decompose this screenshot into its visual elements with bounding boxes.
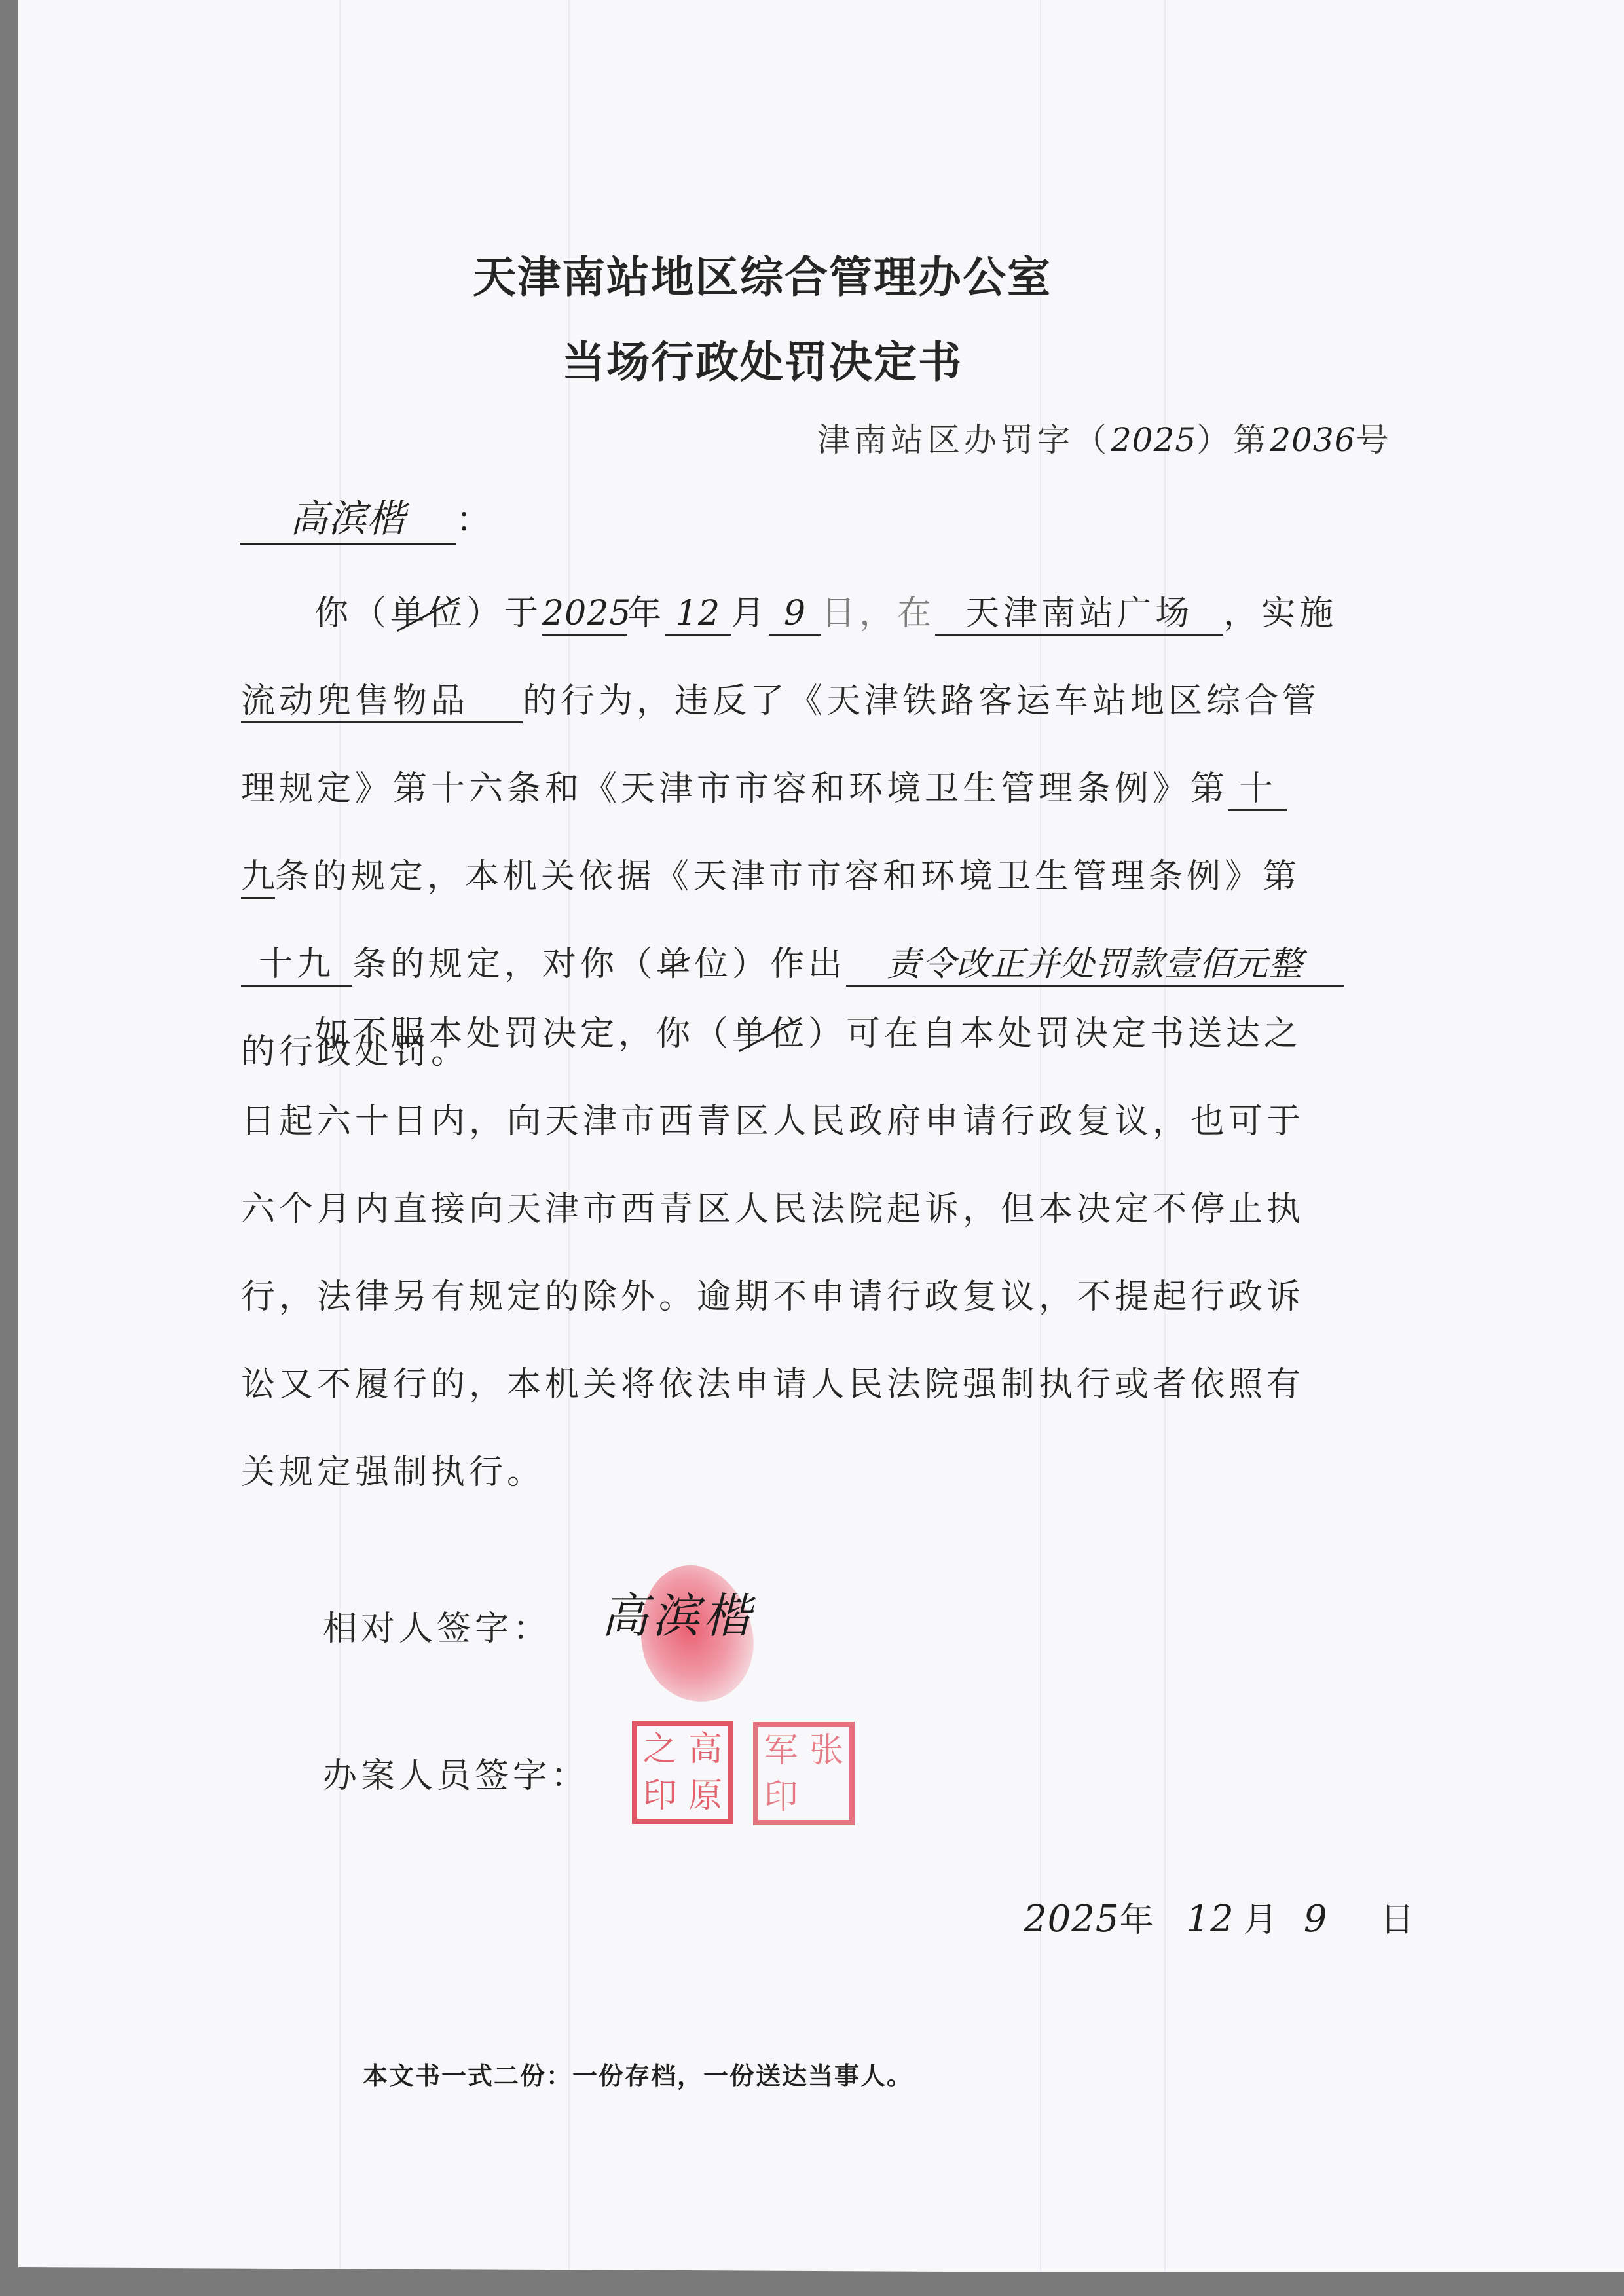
- year-label: 年: [627, 594, 665, 633]
- seal-char: 之: [637, 1732, 683, 1766]
- issue-day: 9: [1304, 1898, 1328, 1941]
- article-number-part1: 十: [1228, 769, 1287, 811]
- paragraph2-line4: 行，法律另有规定的除外。逾期不申请行政复议，不提起行政诉: [241, 1253, 1459, 1341]
- unit-struck: 单位: [732, 990, 808, 1078]
- doc-number: 津南站区办罚字（2025）第2036号: [817, 414, 1393, 461]
- text-regulation-2: 理规定》第十六条和《天津市市容和环境卫生管理条例》第: [241, 769, 1228, 809]
- issue-year-label: 年: [1120, 1901, 1154, 1940]
- doc-title: 当场行政处罚决定书: [0, 327, 1565, 390]
- appeal-text-a: 如不服本处罚决定，你（: [314, 1014, 732, 1053]
- issue-year: 2025: [1024, 1898, 1120, 1941]
- issue-date: 2025年12月9日: [1024, 1892, 1414, 1941]
- text-against-you: 条的规定，对你（: [352, 945, 656, 984]
- unit-rest: 位: [694, 945, 732, 984]
- party-signature: 高滨楷: [601, 1578, 754, 1646]
- text-make: ）作出: [732, 945, 846, 984]
- paragraph2-line6: 关规定强制执行。: [241, 1429, 1459, 1516]
- seal-char: 军: [758, 1734, 804, 1768]
- officer-seal-1: 之 高 印 原: [632, 1721, 733, 1824]
- violation-month: 12: [665, 593, 731, 636]
- issue-month: 12: [1187, 1898, 1234, 1941]
- paragraph1-line1: 你（单位）于2025年12月9日，在天津南站广场，实施: [241, 570, 1459, 657]
- seal-char: 印: [758, 1780, 804, 1814]
- officer-signature-label: 办案人员签字：: [323, 1748, 589, 1797]
- seal-char: 印: [637, 1779, 683, 1813]
- paragraph1-line3: 理规定》第十六条和《天津市市容和环境卫生管理条例》第十: [241, 745, 1459, 833]
- text-tail: ，实施: [1223, 594, 1337, 633]
- violation-location: 天津南站广场: [935, 593, 1223, 636]
- doc-number-suffix: 号: [1356, 421, 1393, 459]
- copies-note: 本文书一式二份：一份存档，一份送达当事人。: [363, 2056, 913, 2092]
- addressee-colon: ：: [456, 499, 491, 540]
- penalty-content: 责令改正并处罚款壹佰元整: [846, 944, 1344, 987]
- month-label: 月: [731, 594, 769, 633]
- text-regulation-1: 的行为，违反了《天津铁路客运车站地区综合管: [523, 682, 1320, 721]
- text-basis: 条的规定，本机关依据《天津市市容和环境卫生管理条例》第: [275, 857, 1301, 896]
- seal-char: 高: [683, 1732, 729, 1766]
- appeal-text-b: ）可在自本处罚决定书送达之: [808, 1014, 1302, 1053]
- doc-number-mid: ）第: [1196, 421, 1270, 459]
- violation-day: 9: [769, 593, 821, 636]
- issue-month-label: 月: [1244, 1901, 1278, 1940]
- doc-number-value: 2036: [1270, 421, 1356, 459]
- appeal-paragraph: 如不服本处罚决定，你（单位）可在自本处罚决定书送达之 日起六十日内，向天津市西青…: [241, 990, 1459, 1516]
- party-signature-label: 相对人签字：: [323, 1601, 551, 1650]
- article-number-part2: 九: [241, 856, 275, 899]
- paragraph2-line5: 讼又不履行的，本机关将依法申请人民法院强制执行或者依照有: [241, 1341, 1459, 1429]
- issue-day-label: 日: [1380, 1901, 1414, 1940]
- unit-struck: 单位: [390, 570, 466, 657]
- seal-char: 张: [804, 1734, 850, 1768]
- addressee: 高滨楷：: [240, 488, 491, 545]
- doc-number-prefix: 津南站区办罚字（: [817, 421, 1111, 459]
- violation-year: 2025: [542, 593, 627, 636]
- paragraph2-line3: 六个月内直接向天津市西青区人民法院起诉，但本决定不停止执: [241, 1165, 1459, 1253]
- org-title: 天津南站地区综合管理办公室: [0, 242, 1565, 304]
- text-you: 你（: [314, 594, 390, 633]
- officer-seal-2: 军 张 印: [753, 1722, 855, 1825]
- paragraph1-line2: 流动兜售物品的行为，违反了《天津铁路客运车站地区综合管: [241, 657, 1459, 745]
- addressee-name: 高滨楷: [240, 488, 456, 545]
- document-page: 天津南站地区综合管理办公室 当场行政处罚决定书 津南站区办罚字（2025）第20…: [18, 0, 1624, 2272]
- text-yu: ）于: [466, 594, 542, 633]
- paragraph1-line4: 九条的规定，本机关依据《天津市市容和环境卫生管理条例》第: [241, 833, 1459, 920]
- basis-article-number: 十九: [241, 944, 352, 987]
- day-label: 日，在: [821, 594, 935, 633]
- violation-behavior: 流动兜售物品: [241, 681, 523, 723]
- doc-number-year: 2025: [1111, 421, 1196, 459]
- paragraph2-line2: 日起六十日内，向天津市西青区人民政府申请行政复议，也可于: [241, 1078, 1459, 1165]
- paragraph2-line1: 如不服本处罚决定，你（单位）可在自本处罚决定书送达之: [241, 990, 1459, 1078]
- seal-char: 原: [683, 1779, 729, 1813]
